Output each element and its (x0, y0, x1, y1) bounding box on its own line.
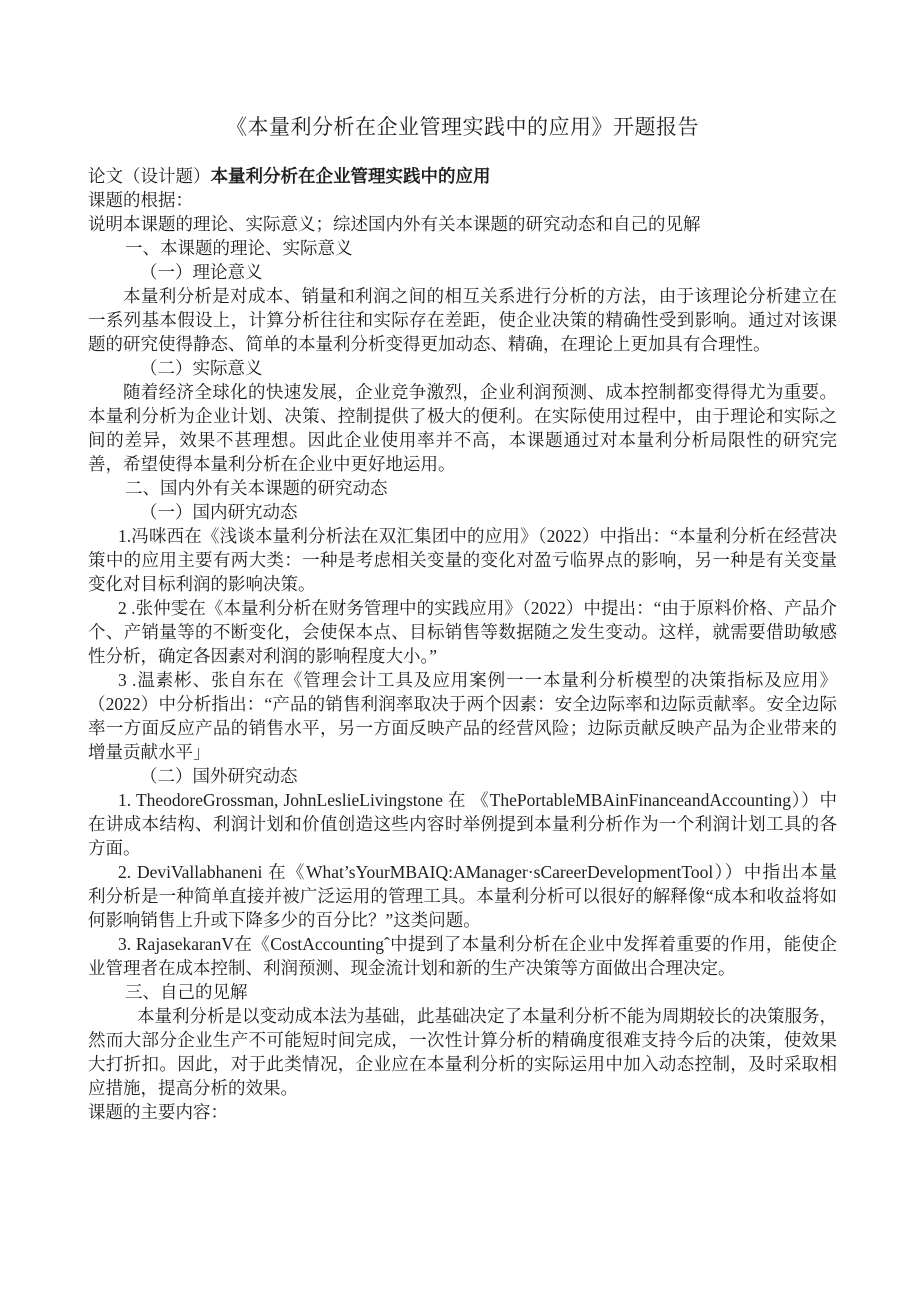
thesis-field-value: 本量利分析在企业管理实践中的应用 (211, 166, 491, 186)
paragraph: 本量利分析是以变动成本法为基础，此基础决定了本量利分析不能为周期较长的决策服务，… (88, 1004, 837, 1100)
paragraph: 本量利分析是对成本、销量和利润之间的相互关系进行分析的方法，由于该理论分析建立在… (88, 284, 837, 356)
reference-item: 3. RajasekaranV在《CostAccountingˆ中提到了本量利分… (88, 932, 837, 980)
sub-heading: （一）国内研宄动态 (88, 500, 837, 524)
sub-heading: （一）理论意义 (88, 260, 837, 284)
section-heading: 三、自己的见解 (88, 980, 837, 1004)
basis-description: 说明本课题的理论、实际意义；综述国内外有关本课题的研究动态和自己的见解 (88, 212, 837, 236)
section-heading: 一、本课题的理论、实际意义 (88, 236, 837, 260)
reference-item: 1. TheodoreGrossman, JohnLeslieLivingsto… (88, 788, 837, 860)
sub-heading: （二）实际意义 (88, 356, 837, 380)
reference-item: 2. DeviVallabhaneni 在《What’sYourMBAIQ:AM… (88, 860, 837, 932)
reference-item: 1.冯咪西在《浅谈本量利分析法在双汇集团中的应用》（2022）中指出：“本量利分… (88, 524, 837, 596)
sub-heading: （二）国外研究动态 (88, 764, 837, 788)
section-label-main-content: 课题的主要内容： (88, 1100, 837, 1124)
reference-item: 2 .张仲雯在《本量利分析在财务管理中的实践应用》（2022）中提出：“由于原料… (88, 596, 837, 668)
thesis-field-label: 论文（设计题） (88, 166, 211, 186)
document-page: 《本量利分析在企业管理实践中的应用》开题报告 论文（设计题）本量利分析在企业管理… (0, 0, 920, 1301)
reference-item: 3 .温素彬、张自东在《管理会计工具及应用案例一一本量利分析模型的决策指标及应用… (88, 668, 837, 764)
paragraph: 随着经济全球化的快速发展，企业竞争激烈，企业利润预测、成本控制都变得得尤为重要。… (88, 380, 837, 476)
section-heading: 二、国内外有关本课题的研究动态 (88, 476, 837, 500)
thesis-title-line: 论文（设计题）本量利分析在企业管理实践中的应用 (88, 164, 837, 188)
section-label-basis: 课题的根据： (88, 188, 837, 212)
document-title: 《本量利分析在企业管理实践中的应用》开题报告 (88, 112, 837, 142)
